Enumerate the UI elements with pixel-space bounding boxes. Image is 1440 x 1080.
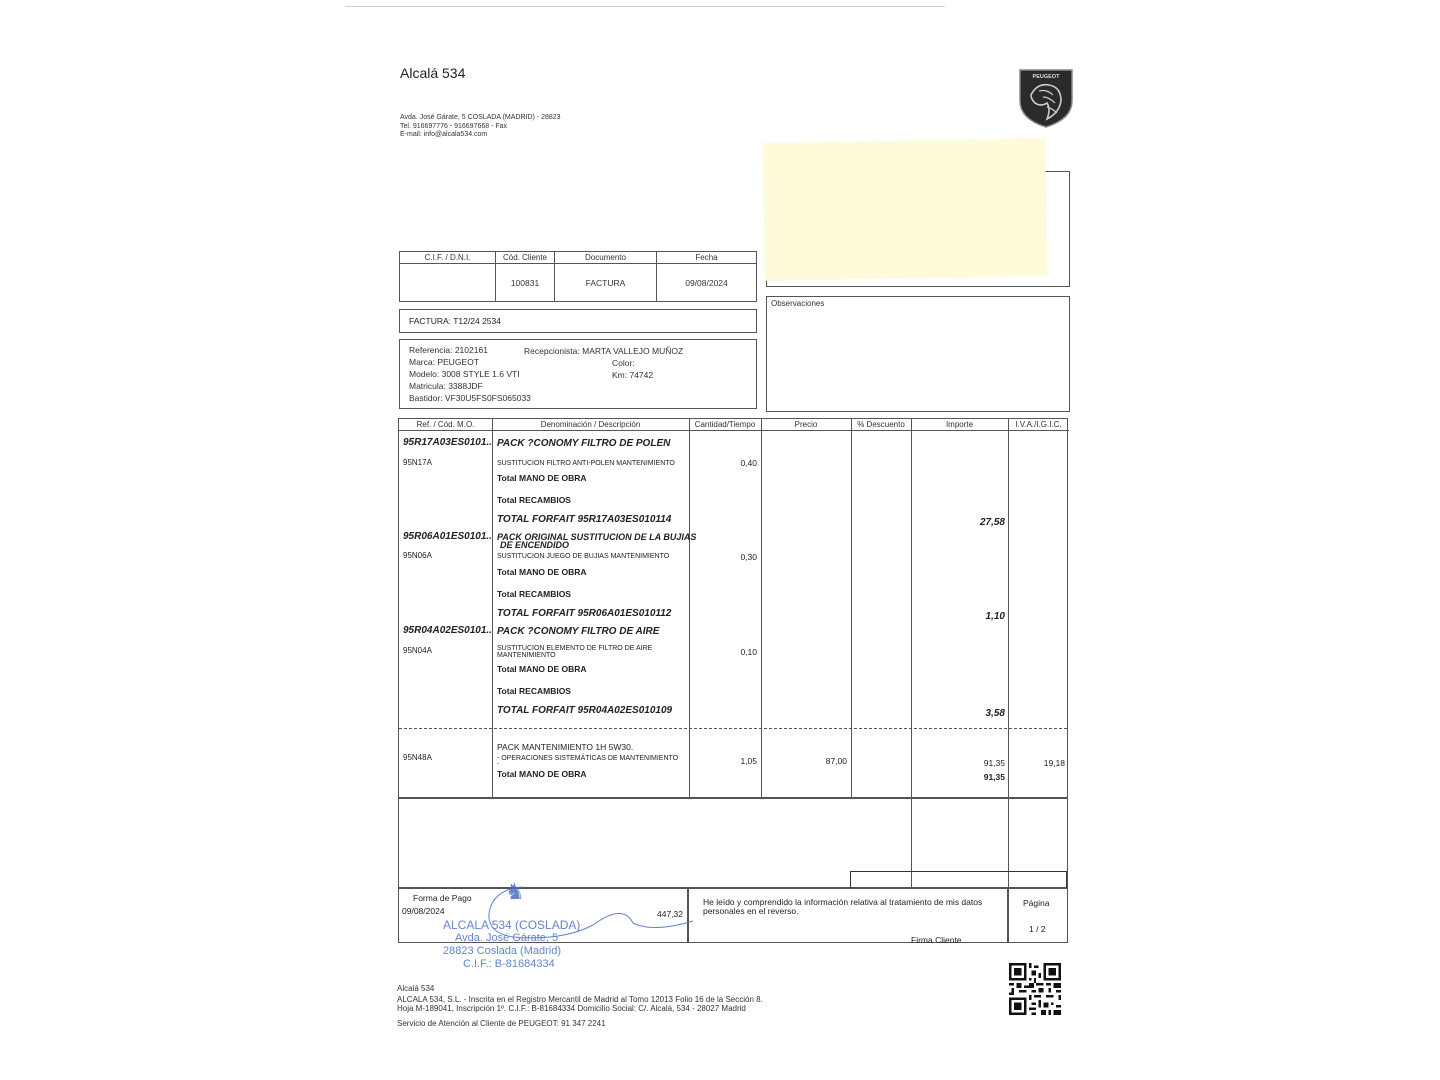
op-code: 95N04A — [403, 646, 432, 655]
observations-box — [766, 296, 1070, 412]
labor-desc: - OPERACIONES SISTEMÁTICAS DE MANTENIMIE… — [497, 755, 678, 762]
page-label: Página — [1023, 898, 1049, 908]
stamp-line-4: C.I.F.: B-81684334 — [443, 958, 580, 971]
importe: 27,58 — [919, 517, 1005, 528]
total-recambios: Total RECAMBIOS — [497, 686, 571, 696]
observations-label: Observaciones — [771, 299, 824, 308]
value-documento: FACTURA — [555, 264, 657, 302]
legal-company: Alcalá 534 — [397, 984, 763, 993]
email-line: E-mail: info@alcala534.com — [400, 131, 561, 140]
labor-total-value: 91,35 — [919, 772, 1005, 782]
labor-total-mano-obra: Total MANO DE OBRA — [497, 769, 587, 779]
col-ref: Ref. / Cód. M.O. — [399, 419, 492, 431]
vehicle-bastidor: Bastidor: VF30U5FS0FS065033 — [409, 393, 531, 403]
header-fecha: Fecha — [657, 252, 757, 264]
labor-precio: 87,00 — [769, 756, 847, 766]
labor-importe: 91,35 — [919, 758, 1005, 768]
value-cif — [400, 264, 496, 302]
total-forfait: TOTAL FORFAIT 95R04A02ES010109 — [497, 705, 672, 716]
labor-title: PACK MANTENIMIENTO 1H 5W30. — [497, 742, 633, 752]
vehicle-info-box: Referencia: 2102161 Recepcionista: MARTA… — [399, 339, 757, 409]
importe: 3,58 — [919, 708, 1005, 719]
qty: 0,30 — [699, 552, 757, 562]
vehicle-color: Color: — [612, 358, 635, 368]
total-mano-obra: Total MANO DE OBRA — [497, 567, 587, 577]
sticky-note-redaction — [763, 139, 1047, 281]
header-documento: Documento — [555, 252, 657, 264]
page-box: Página 1 / 2 — [1008, 888, 1068, 943]
labor-code: 95N48A — [403, 753, 432, 762]
legal-registry: ALCALA 534, S.L. - Inscrita en el Regist… — [397, 995, 763, 1004]
company-name: Alcalá 534 — [400, 65, 465, 81]
op-code: 95N17A — [403, 458, 432, 467]
total-forfait: TOTAL FORFAIT 95R17A03ES010114 — [497, 514, 671, 525]
pack-ref: 95R06A01ES0101.. — [403, 531, 492, 542]
pack-ref: 95R04A02ES0101.. — [403, 625, 492, 636]
col-importe: Importe — [911, 419, 1008, 431]
page-number: 1 / 2 — [1029, 924, 1046, 934]
pack-title-cont: DE ENCENDIDO — [500, 540, 569, 550]
op-desc: SUSTITUCION ELEMENTO DE FILTRO DE AIRE — [497, 645, 652, 652]
total-recambios: Total RECAMBIOS — [497, 495, 571, 505]
col-descuento: % Descuento — [851, 419, 911, 431]
total-mano-obra: Total MANO DE OBRA — [497, 664, 587, 674]
op-code: 95N06A — [403, 551, 432, 560]
legal-registry-cont: Hoja M-189041, Inscripción 1º. C.I.F.: B… — [397, 1004, 763, 1013]
section-divider — [399, 728, 1067, 729]
qty: 0,10 — [699, 647, 757, 657]
total-mano-obra: Total MANO DE OBRA — [497, 473, 587, 483]
vehicle-marca: Marca: PEUGEOT — [409, 357, 479, 367]
address-line: Avda. José Gárate, 5 COSLADA (MADRID) - … — [400, 114, 561, 123]
value-fecha: 09/08/2024 — [657, 264, 757, 302]
labor-desc-cont: - — [497, 761, 499, 768]
qty: 0,40 — [699, 458, 757, 468]
document-header-table: C.I.F. / D.N.I. Cód. Cliente Documento F… — [399, 251, 757, 302]
signature-scribble — [483, 883, 703, 943]
labor-iva: 19,18 — [1013, 758, 1065, 768]
svg-text:PEUGEOT: PEUGEOT — [1033, 74, 1061, 80]
signature-label: Firma Cliente — [911, 935, 962, 945]
items-table: Ref. / Cód. M.O. Denominación / Descripc… — [398, 418, 1068, 798]
total-recambios: Total RECAMBIOS — [497, 589, 571, 599]
company-stamp: ♞ ALCALA 534 (COSLADA) Avda. José Gárate… — [443, 885, 580, 971]
vehicle-recepcionista: Recepcionista: MARTA VALLEJO MUÑOZ — [524, 346, 683, 356]
totals-area — [398, 798, 1068, 888]
vehicle-km: Km: 74742 — [612, 370, 653, 380]
qr-code-icon — [1009, 963, 1061, 1015]
col-iva: I.V.A./I.G.I.C. — [1008, 419, 1069, 431]
op-desc: SUSTITUCION JUEGO DE BUJIAS MANTENIMIENT… — [497, 553, 669, 560]
peugeot-lion-shield-icon: PEUGEOT — [1017, 67, 1075, 129]
labor-qty: 1,05 — [699, 756, 757, 766]
scan-edge-line — [345, 6, 945, 7]
header-cliente: Cód. Cliente — [496, 252, 555, 264]
op-desc: SUSTITUCION FILTRO ANTI-POLEN MANTENIMIE… — [497, 460, 675, 467]
invoice-number-box: FACTURA: T12/24 2534 — [399, 309, 757, 333]
header-cif: C.I.F. / D.N.I. — [400, 252, 496, 264]
invoice-number: FACTURA: T12/24 2534 — [409, 316, 501, 326]
stamp-line-3: 28823 Coslada (Madrid) — [443, 945, 580, 958]
vehicle-referencia: Referencia: 2102161 — [409, 345, 488, 355]
col-descripcion: Denominación / Descripción — [492, 419, 689, 431]
col-precio: Precio — [761, 419, 851, 431]
legal-footer: Alcalá 534 ALCALA 534, S.L. - Inscrita e… — [397, 984, 763, 1028]
privacy-text-2: personales en el reverso. — [703, 906, 798, 916]
payment-date: 09/08/2024 — [402, 906, 445, 916]
pack-title: PACK ?CONOMY FILTRO DE POLEN — [497, 438, 670, 449]
col-cantidad: Cantidad/Tiempo — [689, 419, 761, 431]
value-cliente: 100831 — [496, 264, 555, 302]
total-forfait: TOTAL FORFAIT 95R06A01ES010112 — [497, 608, 671, 619]
vehicle-matricula: Matricula: 3388JDF — [409, 381, 483, 391]
pack-title: PACK ?CONOMY FILTRO DE AIRE — [497, 626, 659, 637]
importe: 1,10 — [919, 611, 1005, 622]
pack-ref: 95R17A03ES0101.. — [403, 437, 492, 448]
totals-summary-cells — [850, 871, 1067, 889]
company-address: Avda. José Gárate, 5 COSLADA (MADRID) - … — [400, 114, 561, 140]
privacy-signature-box: He leído y comprendido la información re… — [688, 888, 1008, 943]
op-desc-cont: MANTENIMIENTO — [497, 652, 556, 659]
vehicle-modelo: Modelo: 3008 STYLE 1.6 VTI — [409, 369, 520, 379]
phone-line: Tel. 916697776 - 916697668 - Fax — [400, 123, 561, 132]
customer-service: Servicio de Atención al Cliente de PEUGE… — [397, 1019, 763, 1028]
